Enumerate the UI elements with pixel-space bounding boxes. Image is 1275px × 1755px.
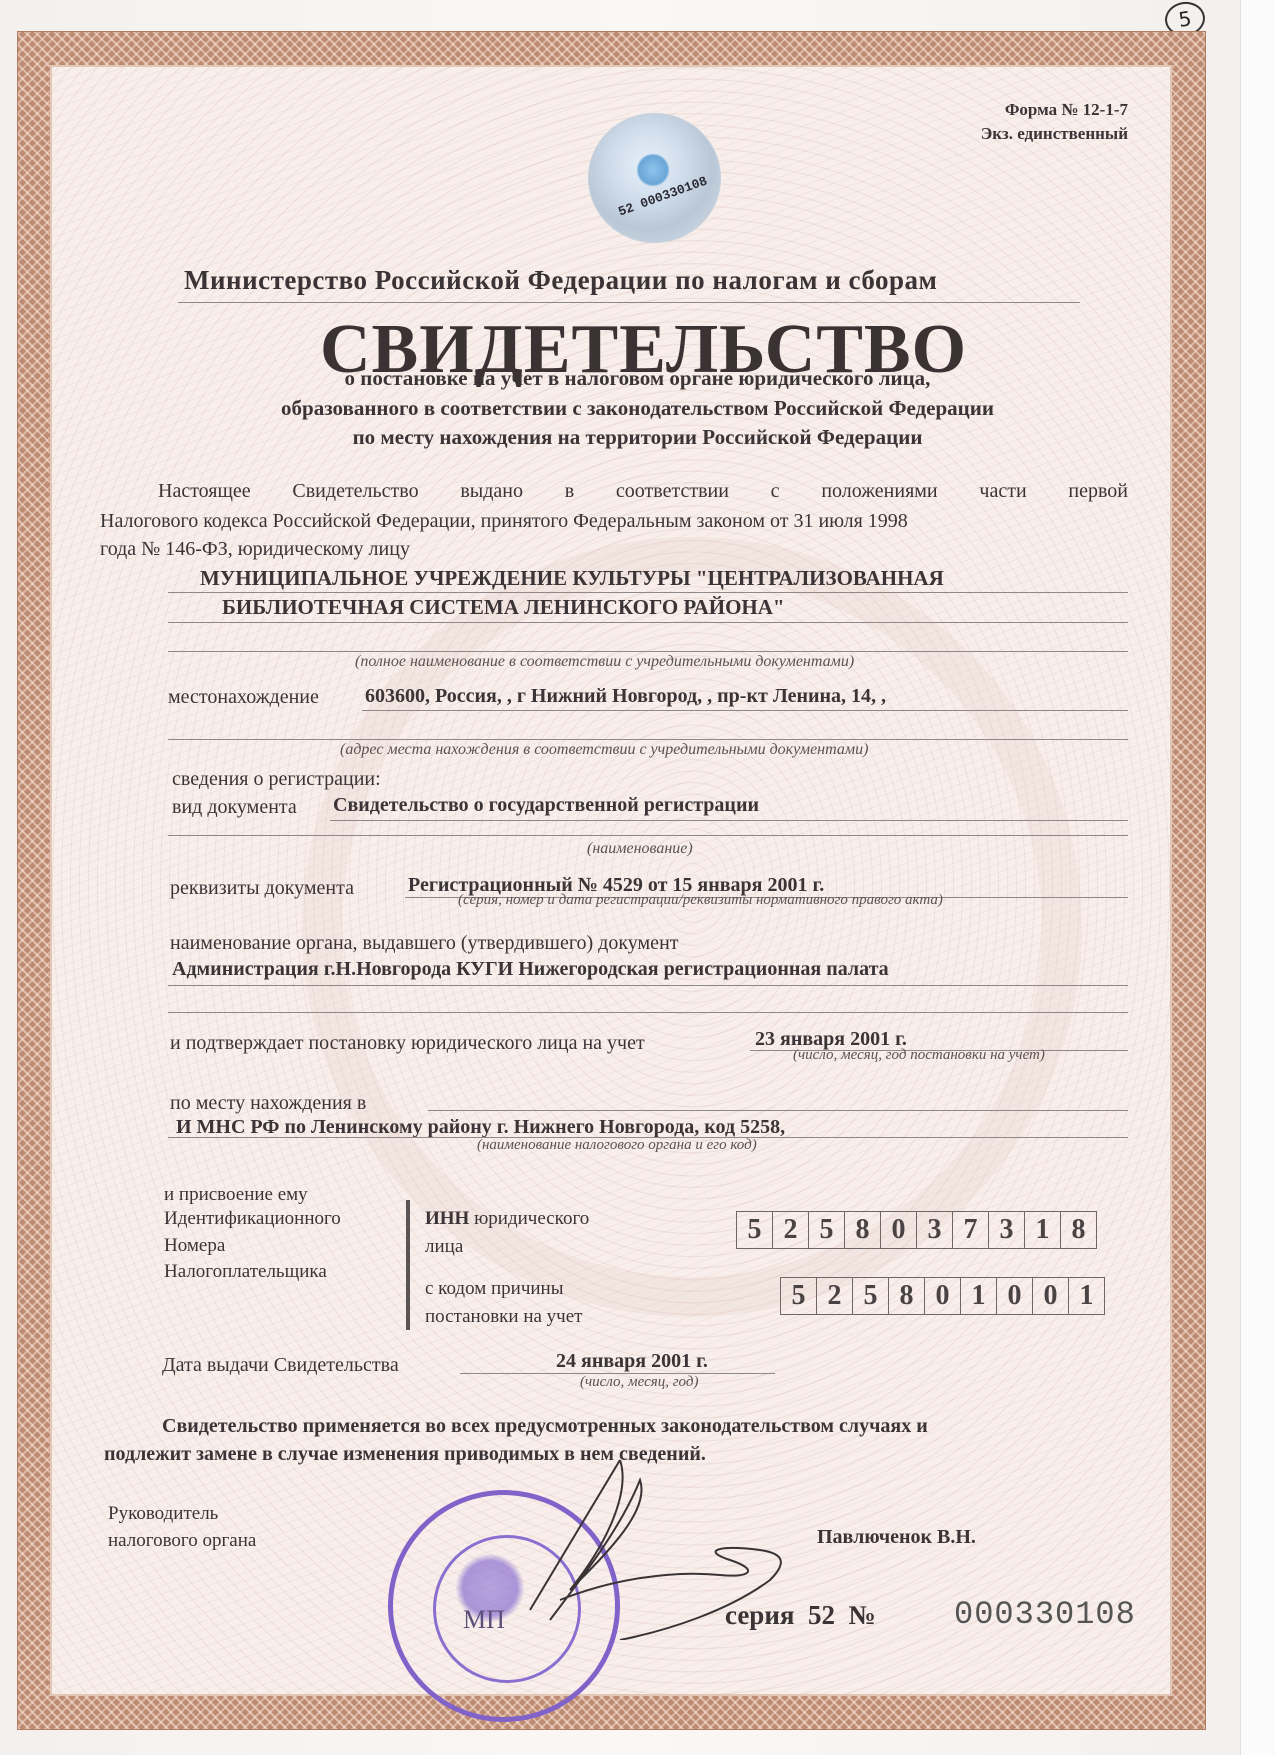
inn-label: ИНН юридического (425, 1208, 589, 1230)
inn-digit: 5 (737, 1212, 773, 1248)
series-label: серия 52 № (725, 1600, 876, 1631)
inn-digit: 7 (953, 1212, 989, 1248)
field-underline (428, 1110, 1128, 1111)
form-number: Форма № 12-1-7 (1005, 100, 1128, 120)
kpp-digit: 0 (925, 1278, 961, 1314)
entity-name-caption: (полное наименование в соответствии с уч… (355, 653, 854, 671)
inn-label-line2: лица (425, 1236, 463, 1258)
scanned-page: 5 Форма № 12-1-7 Экз. единственный 52 00… (0, 0, 1275, 1755)
registration-heading: сведения о регистрации: (172, 768, 381, 791)
field-underline (168, 835, 1128, 836)
subtitle-line: образованного в соответствии с законодат… (0, 396, 1275, 421)
kpp-label-line1: с кодом причины (425, 1278, 563, 1300)
series-number: 52 (808, 1600, 835, 1630)
field-underline (168, 739, 1128, 740)
kpp-digit: 5 (781, 1278, 817, 1314)
kpp-digit: 0 (1033, 1278, 1069, 1314)
field-underline (168, 622, 1128, 623)
address-value: 603600, Россия, , г Нижний Новгород, , п… (365, 685, 886, 708)
field-underline (168, 651, 1128, 652)
issuer-label: наименование органа, выдавшего (утвердив… (170, 932, 679, 955)
kpp-digit: 0 (997, 1278, 1033, 1314)
assignment-line: Идентификационного (164, 1208, 341, 1230)
notice-line: Свидетельство применяется во всех предус… (162, 1415, 928, 1438)
address-label: местонахождение (168, 686, 319, 709)
issue-label: Дата выдачи Свидетельства (162, 1354, 399, 1377)
inn-digit: 8 (845, 1212, 881, 1248)
serial-number: 000330108 (954, 1596, 1136, 1633)
tax-office-value: И МНС РФ по Ленинскому району г. Нижнего… (176, 1116, 785, 1139)
entity-name-line2: БИБЛИОТЕЧНАЯ СИСТЕМА ЛЕНИНСКОГО РАЙОНА" (222, 595, 785, 620)
assignment-line: Налогоплательщика (164, 1261, 327, 1283)
inn-digit: 1 (1025, 1212, 1061, 1248)
ministry-heading: Министерство Российской Федерации по нал… (184, 265, 937, 296)
kpp-label-line2: постановки на учет (425, 1306, 582, 1328)
field-underline (168, 1012, 1128, 1013)
signatory-role: Руководитель (108, 1503, 218, 1525)
inn-digit: 8 (1061, 1212, 1096, 1248)
assignment-line: и присвоение ему (164, 1184, 308, 1206)
issuer-value: Администрация г.Н.Новгорода КУГИ Нижегор… (172, 958, 889, 981)
issue-date: 24 января 2001 г. (556, 1350, 708, 1373)
kpp-digit: 1 (961, 1278, 997, 1314)
series-word: серия (725, 1600, 794, 1630)
intro-line: Настоящее Свидетельство выдано в соответ… (158, 480, 1128, 503)
eagle-emblem-icon (636, 153, 670, 187)
requisites-label: реквизиты документа (170, 877, 354, 900)
subtitle-line: по месту нахождения на территории Россий… (0, 425, 1275, 450)
intro-line: года № 146-ФЗ, юридическому лицу (100, 538, 410, 561)
inn-digit: 3 (989, 1212, 1025, 1248)
doc-type-caption: (наименование) (587, 840, 693, 858)
requisites-caption: (серия, номер и дата регистрации/реквизи… (458, 892, 943, 909)
inn-digit: 5 (809, 1212, 845, 1248)
tax-office-label: по месту нахождения в (170, 1092, 366, 1115)
doc-type-label: вид документа (172, 796, 297, 819)
separator-bar (406, 1200, 410, 1330)
field-underline (362, 710, 1128, 711)
signatory-role: налогового органа (108, 1530, 256, 1552)
kpp-digit: 5 (853, 1278, 889, 1314)
address-caption: (адрес места нахождения в соответствии с… (340, 741, 868, 759)
number-sign: № (848, 1600, 875, 1630)
inn-digit-boxes: 5258037318 (736, 1211, 1097, 1249)
confirmation-label: и подтверждает постановку юридического л… (170, 1032, 645, 1055)
entity-name-line1: МУНИЦИПАЛЬНОЕ УЧРЕЖДЕНИЕ КУЛЬТУРЫ "ЦЕНТР… (200, 566, 944, 591)
doc-type-value: Свидетельство о государственной регистра… (333, 794, 759, 817)
subtitle-line: о постановке на учет в налоговом органе … (0, 366, 1275, 391)
kpp-digit: 8 (889, 1278, 925, 1314)
inn-digit: 3 (917, 1212, 953, 1248)
inn-label-rest: юридического (469, 1208, 589, 1229)
field-underline (168, 985, 1128, 986)
kpp-digit-boxes: 525801001 (780, 1277, 1105, 1315)
hologram-seal: 52 000330108 (588, 113, 721, 243)
inn-digit: 2 (773, 1212, 809, 1248)
inn-abbr: ИНН (425, 1208, 469, 1229)
divider (178, 302, 1080, 303)
scan-margin (1240, 0, 1275, 1755)
assignment-line: Номера (164, 1235, 225, 1257)
kpp-digit: 2 (817, 1278, 853, 1314)
tax-office-caption: (наименование налогового органа и его ко… (477, 1137, 757, 1154)
intro-line: Налогового кодекса Российской Федерации,… (100, 510, 908, 533)
confirmation-caption: (число, месяц, год постановки на учет) (793, 1047, 1045, 1064)
inn-digit: 0 (881, 1212, 917, 1248)
signatory-name: Павлюченок В.Н. (817, 1526, 976, 1549)
field-underline (330, 820, 1128, 821)
copy-note: Экз. единственный (981, 124, 1128, 144)
field-underline (168, 592, 1128, 593)
kpp-digit: 1 (1069, 1278, 1104, 1314)
issue-caption: (число, месяц, год) (580, 1374, 698, 1391)
